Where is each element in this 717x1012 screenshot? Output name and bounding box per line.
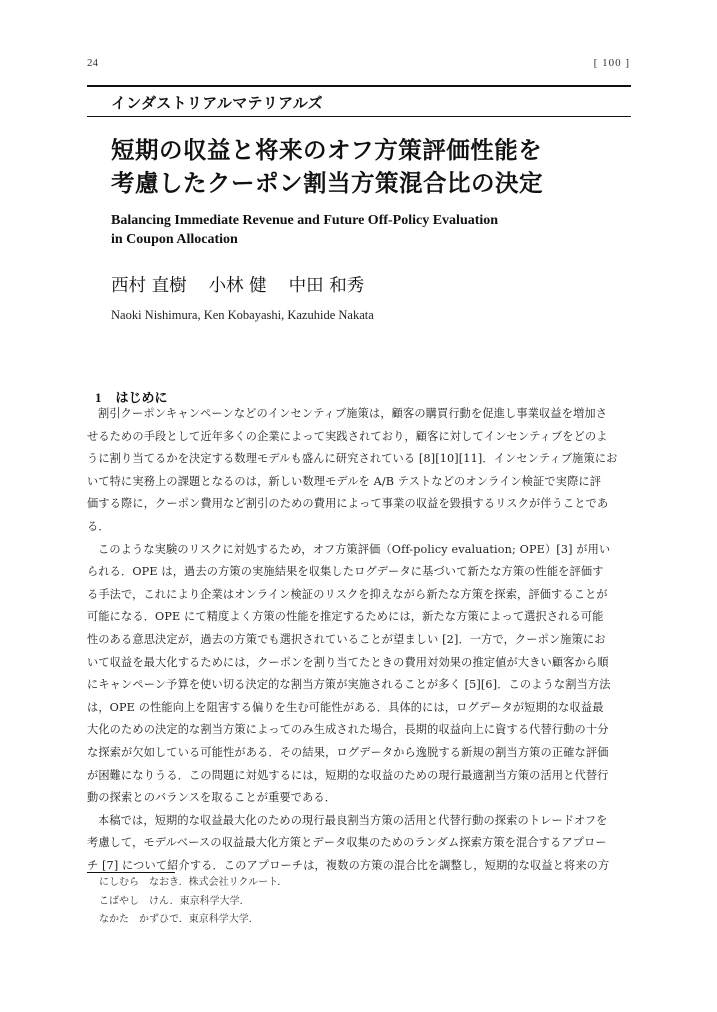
body-line: は，OPE の性能向上を阻害する偏りを生む可能性がある．具体的には，ログデータが… — [87, 697, 631, 720]
title-en-line-1: Balancing Immediate Revenue and Future O… — [111, 211, 498, 230]
body-text: 割引クーポンキャンペーンなどのインセンティブ施策は，顧客の購買行動を促進し事業収… — [87, 403, 631, 877]
body-line: 性のある意思決定が，過去の方策でも選択されていることが望ましい [2]．一方で，… — [87, 629, 631, 652]
author-ja-1: 西村 直樹 — [111, 276, 187, 296]
page-number: 24 — [87, 57, 98, 69]
title-english: Balancing Immediate Revenue and Future O… — [111, 211, 498, 249]
body-line: いて特に実務上の課題となるのは，新しい数理モデルを A/B テストなどのオンライ… — [87, 471, 631, 494]
footnote-3: なかた かずひで．東京科学大学． — [99, 911, 287, 930]
author-ja-2: 小林 健 — [209, 276, 267, 296]
title-en-line-2: in Coupon Allocation — [111, 230, 498, 249]
page-reference: [ 100 ] — [594, 57, 630, 69]
body-line: 考慮して，モデルベースの収益最大化方策とデータ収集のためのランダム探索方策を混合… — [87, 832, 631, 855]
body-line: られる．OPE は，過去の方策の実施結果を収集したログデータに基づいて新たな方策… — [87, 561, 631, 584]
footnotes: にしむら なおき．株式会社リクルート． こばやし けん．東京科学大学． なかた … — [99, 874, 287, 930]
body-line: が困難になりうる．この問題に対処するには，短期的な収益のための現行最適割当方策の… — [87, 765, 631, 788]
body-line: る． — [87, 516, 631, 539]
footnote-rule — [87, 872, 175, 873]
header-rule-top — [87, 85, 631, 87]
authors-english: Naoki Nishimura, Ken Kobayashi, Kazuhide… — [111, 308, 374, 323]
body-line: せるための手段として近年多くの企業によって実践されており，顧客に対してインセンテ… — [87, 426, 631, 449]
title-japanese: 短期の収益と将来のオフ方策評価性能を 考慮したクーポン割当方策混合比の決定 — [111, 134, 543, 200]
body-line: うに割り当てるかを決定する数理モデルも盛んに研究されている [8][10][11… — [87, 448, 631, 471]
footnote-1: にしむら なおき．株式会社リクルート． — [99, 874, 287, 893]
body-line: 動の探索とのバランスを取ることが重要である． — [87, 787, 631, 810]
body-line: 割引クーポンキャンペーンなどのインセンティブ施策は，顧客の購買行動を促進し事業収… — [87, 403, 631, 426]
title-ja-line-2: 考慮したクーポン割当方策混合比の決定 — [111, 167, 543, 200]
journal-name: インダストリアルマテリアルズ — [111, 92, 323, 113]
body-line: いて収益を最大化するためには，クーポンを割り当てたときの費用対効果の推定値が大き… — [87, 652, 631, 675]
author-ja-3: 中田 和秀 — [289, 276, 365, 296]
header-rule-bottom — [87, 116, 631, 117]
authors-japanese: 西村 直樹小林 健中田 和秀 — [111, 272, 386, 297]
body-line: このような実験のリスクに対処するため，オフ方策評価（Off-policy eva… — [87, 539, 631, 562]
body-line: る手法で，これにより企業はオンライン検証のリスクを抑えながら新たな方策を探索，評… — [87, 584, 631, 607]
body-line: 価する際に，クーポン費用など割引のための費用によって事業の収益を毀損するリスクが… — [87, 493, 631, 516]
body-line: な探索が欠如している可能性がある．その結果，ログデータから逸脱する新規の割当方策… — [87, 742, 631, 765]
title-ja-line-1: 短期の収益と将来のオフ方策評価性能を — [111, 134, 543, 167]
body-line: 可能になる．OPE にて精度よく方策の性能を推定するためには，新たな方策によって… — [87, 606, 631, 629]
body-line: 本稿では，短期的な収益最大化のための現行最良割当方策の活用と代替行動の探索のトレ… — [87, 810, 631, 833]
body-line: にキャンペーン予算を使い切る決定的な割当方策が実施されることが多く [5][6]… — [87, 674, 631, 697]
footnote-2: こばやし けん．東京科学大学． — [99, 893, 287, 912]
body-line: 大化のための決定的な割当方策によってのみ生成された場合，長期的収益向上に資する代… — [87, 719, 631, 742]
